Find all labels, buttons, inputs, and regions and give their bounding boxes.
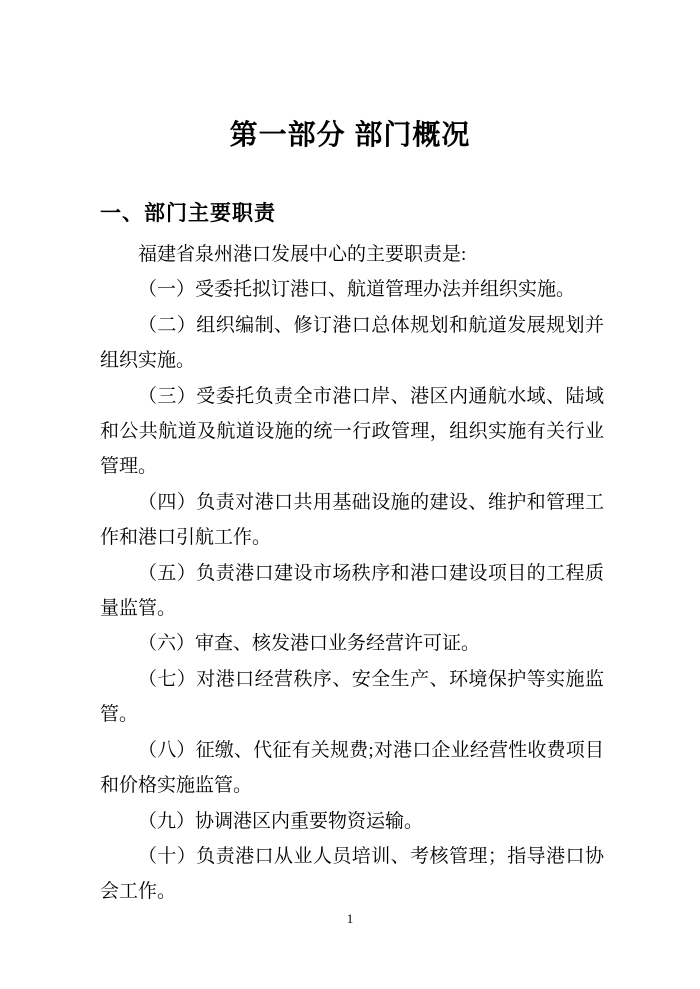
document-page: 第一部分 部门概况 一、部门主要职责 福建省泉州港口发展中心的主要职责是: （一… [0,0,700,989]
duty-item-8: （八）征缴、代征有关规费;对港口企业经营性收费项目和价格实施监管。 [100,733,604,804]
duty-item-2: （二）组织编制、修订港口总体规划和航道发展规划并组织实施。 [100,308,604,379]
duty-item-10: （十）负责港口从业人员培训、考核管理；指导港口协会工作。 [100,839,604,910]
page-number: 1 [0,911,700,927]
duty-item-1: （一）受委托拟订港口、航道管理办法并组织实施。 [100,272,604,307]
duty-item-4: （四）负责对港口共用基础设施的建设、维护和管理工作和港口引航工作。 [100,485,604,556]
document-body: 福建省泉州港口发展中心的主要职责是: （一）受委托拟订港口、航道管理办法并组织实… [100,237,604,910]
paragraph-intro: 福建省泉州港口发展中心的主要职责是: [100,237,604,272]
duty-item-9: （九）协调港区内重要物资运输。 [100,804,604,839]
page-title: 第一部分 部门概况 [0,0,700,153]
duty-item-7: （七）对港口经营秩序、安全生产、环境保护等实施监管。 [100,662,604,733]
duty-item-6: （六）审查、核发港口业务经营许可证。 [100,626,604,661]
duty-item-3: （三）受委托负责全市港口岸、港区内通航水域、陆域和公共航道及航道设施的统一行政管… [100,379,604,485]
section-heading: 一、部门主要职责 [0,153,700,226]
duty-item-5: （五）负责港口建设市场秩序和港口建设项目的工程质量监管。 [100,556,604,627]
